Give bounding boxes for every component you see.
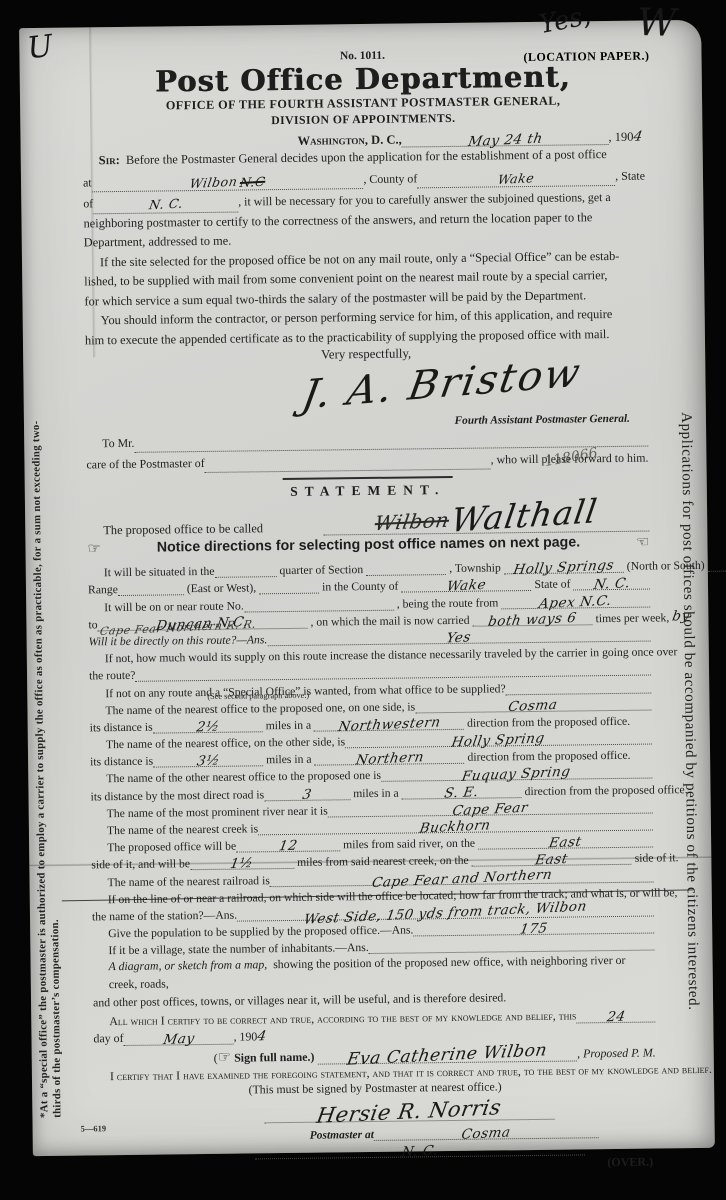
printed-text: direction from the proposed office.	[522, 783, 691, 798]
printed-text: miles in a	[350, 786, 402, 800]
printed-text: day of	[93, 1031, 123, 1046]
day-fill: 24	[576, 1005, 655, 1023]
letter-lead: Before the Postmaster General decides up…	[123, 147, 610, 167]
printed-text: its distance is	[90, 755, 153, 769]
sign-label: Sign full name.)	[231, 1050, 317, 1066]
handwritten-pm-state: N. C.	[400, 1143, 439, 1161]
handwritten-year: 4	[256, 1028, 268, 1044]
diagram-lead: A diagram, or sketch from a map,	[109, 958, 268, 974]
handwritten-by: by	[671, 607, 691, 624]
county-label: , County of	[363, 169, 417, 189]
print-code: 5—619	[81, 1123, 107, 1133]
date-line-fill: May 24 th	[402, 128, 609, 148]
printed-text: State of	[531, 578, 573, 592]
printed-text: (East or West),	[184, 582, 259, 596]
river-dist-fill: 12	[236, 835, 340, 853]
care-of-fill	[205, 468, 491, 472]
creek-dist-fill: 1½	[190, 852, 294, 870]
printed-text: side of it.	[632, 852, 682, 866]
handwritten-county: Wake	[496, 168, 536, 189]
printed-text: its distance is	[90, 721, 153, 735]
ns-fill	[708, 571, 726, 572]
printed-text: quarter of Section	[276, 563, 366, 577]
river-side-fill: East	[478, 831, 653, 850]
county-q-fill: Wake	[401, 574, 531, 593]
state-fill: N. C.	[93, 191, 238, 214]
scan-background: { "annotations": { "top_left_mark": "U",…	[0, 0, 726, 1200]
handwritten-office-state-struck: N.C	[238, 171, 267, 192]
printed-text: (North or South)	[624, 559, 708, 573]
handwritten-state: N. C.	[147, 194, 184, 215]
dateline: Washington, D. C., May 24 th , 190 4	[297, 124, 642, 149]
dist-2-fill: 3½	[153, 750, 263, 768]
printed-text: Range	[88, 583, 118, 596]
postmaster-at-label: Postmaster at	[310, 1129, 374, 1142]
care-of-label: care of the Postmaster of	[86, 453, 204, 474]
form-content: No. 1011. Post Office Department, OFFICE…	[19, 20, 715, 1156]
township-fill: Holly Springs	[504, 556, 624, 574]
see-note: (See second paragraph above.)	[207, 690, 309, 700]
printed-text: , 190	[233, 1030, 257, 1045]
printed-text: miles in a	[263, 719, 315, 733]
handwritten-year-digit: 4	[632, 128, 644, 144]
state-tail: , State	[615, 166, 645, 186]
document-paper: U Yes, W 118066 *At a “special office” t…	[19, 20, 715, 1156]
state-q-fill: N. C.	[573, 573, 650, 591]
printed-text: miles in a	[263, 753, 315, 767]
dir-3-fill: S. E.	[401, 781, 521, 799]
month-fill: May	[123, 1028, 233, 1046]
proposed-label: The proposed office to be called	[87, 521, 263, 538]
manicule-right-icon: ☞	[87, 539, 101, 557]
to-mr-label: To Mr.	[86, 433, 134, 453]
dir-2-fill: Northern	[314, 747, 464, 766]
printed-text: , Township	[446, 562, 504, 576]
dist-1-fill: 2½	[153, 715, 263, 733]
handwritten-old-name: Wilbon	[373, 508, 451, 536]
printed-text: in the County of	[319, 580, 401, 594]
dist-3-fill: 3	[264, 783, 350, 801]
county-fill: Wake	[417, 164, 615, 188]
printed-text: times per week,	[592, 611, 672, 625]
pm-sig-fill: Hersie R. Norris	[264, 1095, 554, 1124]
sign-manicule-icon: ☞	[218, 1048, 232, 1066]
bristow-signature: J. A. Bristow	[85, 359, 648, 420]
dir-1-fill: Northwestern	[314, 713, 464, 732]
manicule-left-icon: ☜	[636, 532, 650, 550]
printed-text: to	[88, 618, 97, 631]
carried-fill: both ways 6	[472, 608, 592, 626]
proposed-office-line: The proposed office to be called Wilbon …	[87, 498, 649, 539]
sir-label: Sir:	[99, 153, 120, 167]
city-label: Washington, D. C.,	[297, 133, 401, 149]
printed-text: side of it, and will be	[91, 858, 190, 872]
printed-text: , being the route from	[394, 596, 502, 610]
divider-rule	[283, 476, 453, 480]
route-from-fill: Apex N.C.	[501, 590, 650, 609]
printed-text: the route?	[89, 669, 136, 683]
at-label: at	[83, 173, 92, 193]
forward-tail: , who will please forward to him.	[490, 448, 648, 469]
of-label: of	[83, 194, 93, 214]
proposed-fill: Wilbon Walthall	[323, 492, 650, 536]
creek-side-fill: East	[472, 848, 632, 867]
year-prefix: , 190	[608, 130, 633, 145]
proposed-pm-label: , Proposed P. M.	[577, 1046, 656, 1062]
